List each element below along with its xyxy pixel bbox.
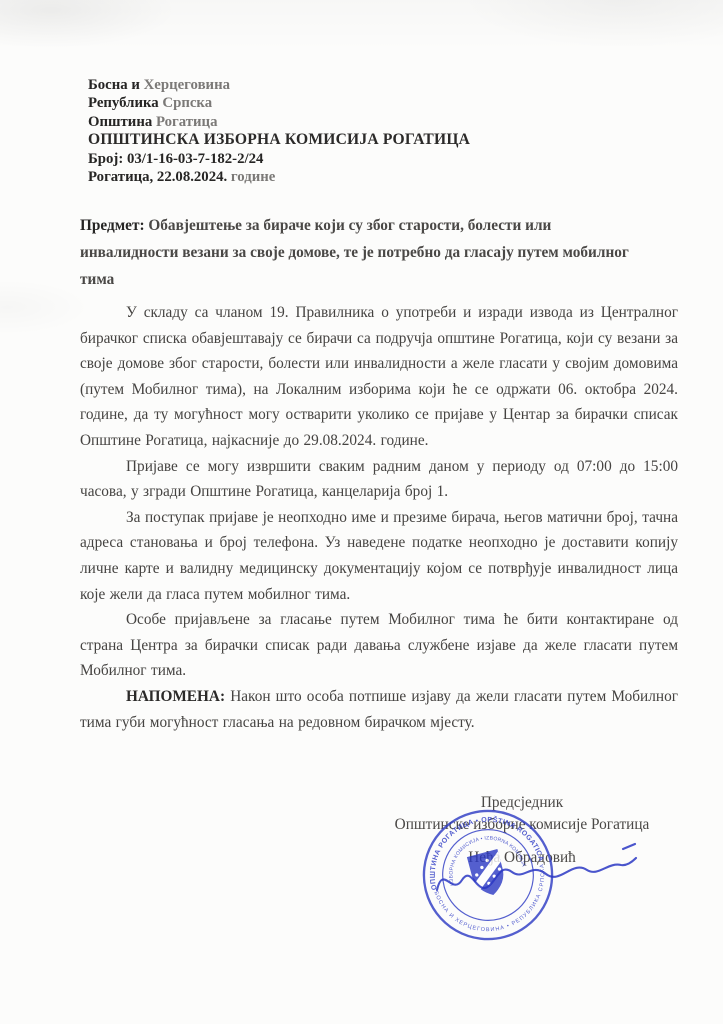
letterhead-text: Српска: [162, 95, 212, 111]
subject-label: Предмет:: [80, 217, 145, 234]
place-and-date: Рогатица, 22.08.2024.: [88, 169, 227, 185]
signature-stroke: [437, 858, 636, 890]
signature-accent-stroke: [623, 844, 635, 849]
subject-line: Предмет: Обавјештење за бираче који су з…: [80, 212, 640, 293]
letterhead-text: Република: [88, 95, 159, 111]
paragraph-intro: У складу са чланом 19. Правилника о упот…: [80, 300, 678, 454]
handwritten-signature: [430, 834, 645, 914]
letterhead: Босна и Херцеговина Република Српска Опш…: [88, 76, 470, 186]
paragraph-required-data: За поступак пријаве је неопходно име и п…: [80, 505, 678, 607]
letterhead-line-municipality: Општина Рогатица: [88, 113, 470, 131]
letter-body: У складу са чланом 19. Правилника о упот…: [80, 300, 678, 735]
note-label: НАПОМЕНА:: [126, 688, 225, 705]
letterhead-line-ref-number: Број: 03/1-16-03-7-182-2/24: [88, 150, 470, 168]
scanned-page: Босна и Херцеговина Република Српска Опш…: [0, 0, 723, 1024]
paragraph-application-hours: Пријаве се могу извршити сваким радним д…: [80, 454, 678, 505]
letterhead-text: Рогатица: [156, 114, 218, 130]
commission-title: ОПШТИНСКА ИЗБОРНА КОМИСИЈА РОГАТИЦА: [88, 131, 470, 148]
note-paragraph: НАПОМЕНА: Након што особа потпише изјаву…: [80, 684, 678, 735]
letterhead-text: Босна и: [88, 77, 140, 93]
letterhead-text: године: [231, 169, 275, 185]
paragraph-contact: Особе пријављене за гласање путем Мобилн…: [80, 607, 678, 684]
letterhead-text: Херцеговина: [144, 77, 230, 93]
letterhead-line-entity: Република Српска: [88, 94, 470, 112]
reference-number: Број: 03/1-16-03-7-182-2/24: [88, 151, 263, 167]
letterhead-line-date: Рогатица, 22.08.2024. године: [88, 168, 470, 186]
subject-text: Обавјештење за бираче који су због старо…: [80, 217, 629, 288]
letterhead-line-country: Босна и Херцеговина: [88, 76, 470, 94]
letterhead-line-commission-title: ОПШТИНСКА ИЗБОРНА КОМИСИЈА РОГАТИЦА: [88, 131, 470, 149]
letterhead-text: Општина: [88, 114, 152, 130]
